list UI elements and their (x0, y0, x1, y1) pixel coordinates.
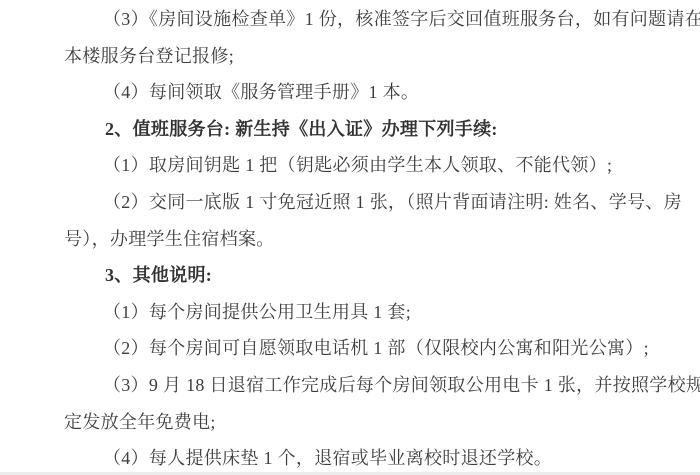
document-line: （4）每间领取《服务管理手册》1 本。 (64, 74, 640, 111)
document-line: （1）取房间钥匙 1 把（钥匙必须由学生本人领取、不能代领）; (64, 147, 640, 184)
document-page: （3）《房间设施检查单》1 份，核准签字后交回值班服务台，如有问题请在 本楼服务… (0, 0, 700, 475)
document-line: （2）每个房间可自愿领取电话机 1 部（仅限校内公寓和阳光公寓）; (64, 330, 640, 367)
document-heading: 2、值班服务台: 新生持《出入证》办理下列手续: (64, 111, 640, 148)
document-line: （2）交同一底版 1 寸免冠近照 1 张，（照片背面请注明: 姓名、学号、房 (64, 184, 640, 221)
document-line: 号），办理学生住宿档案。 (64, 221, 640, 258)
document-heading: 3、其他说明: (64, 257, 640, 294)
document-line: （3）9 月 18 日退宿工作完成后每个房间领取公用电卡 1 张，并按照学校规 (64, 367, 640, 404)
document-line: 定发放全年免费电; (64, 404, 640, 441)
document-line: 本楼服务台登记报修; (64, 38, 640, 75)
document-body: （3）《房间设施检查单》1 份，核准签字后交回值班服务台，如有问题请在 本楼服务… (64, 1, 640, 475)
document-line: （4）每人提供床垫 1 个，退宿或毕业离校时退还学校。 (64, 440, 640, 475)
document-line: （1）每个房间提供公用卫生用具 1 套; (64, 294, 640, 331)
document-line: （3）《房间设施检查单》1 份，核准签字后交回值班服务台，如有问题请在 (64, 1, 640, 38)
